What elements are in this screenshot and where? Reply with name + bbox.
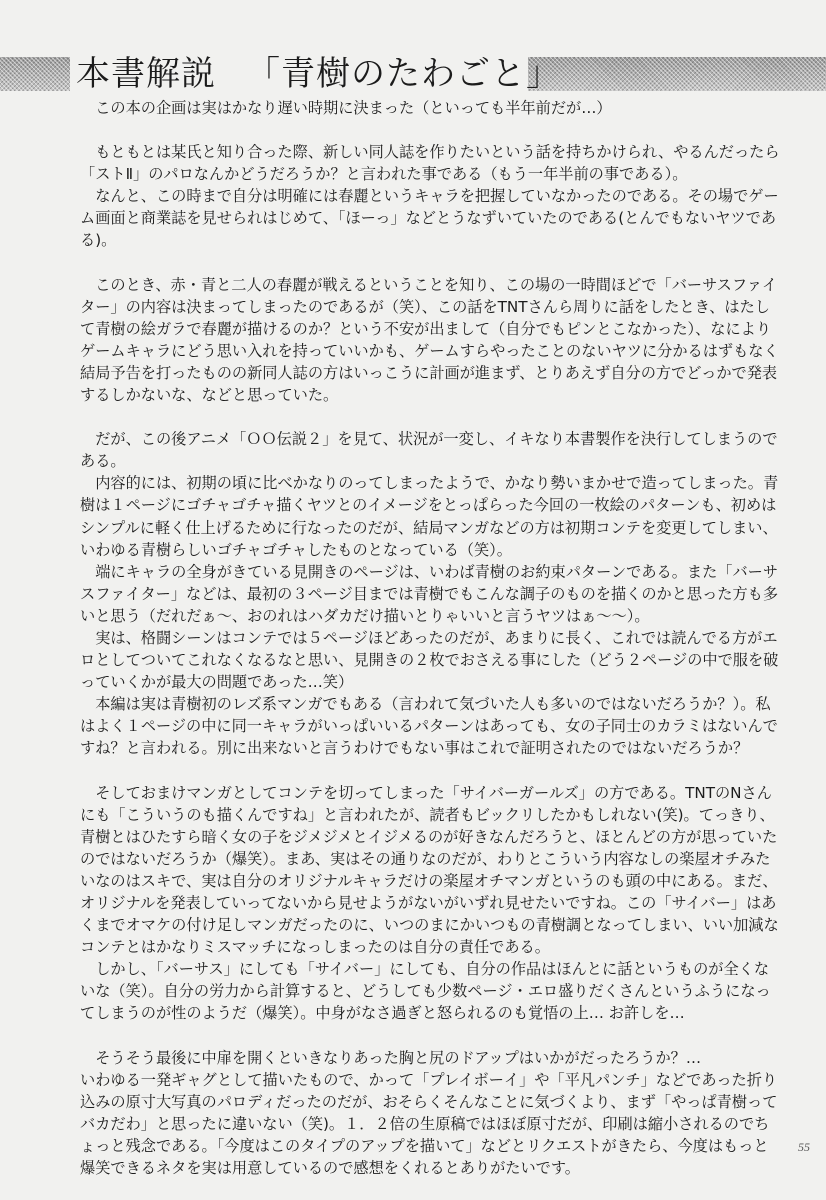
- section-origin: もともとは某氏と知り合った際、新しい同人誌を作りたいという話を持ちかけられ、やる…: [80, 141, 780, 251]
- section-versus-fighter: このとき、赤・青と二人の春麗が戦えるということを知り、この場の一時間ほどで「バー…: [80, 274, 780, 407]
- paragraph: この本の企画は実はかなり遅い時期に決まった（といっても半年前だが…）: [80, 97, 780, 119]
- paragraph: そしておまけマンガとしてコンテを切ってしまった「サイバーガールズ」の方である。T…: [80, 782, 780, 959]
- paragraph: 内容的には、初期の頃に比べかなりのってしまったようで、かなり勢いまかせで造ってし…: [80, 472, 780, 560]
- paragraph: このとき、赤・青と二人の春麗が戦えるということを知り、この場の一時間ほどで「バー…: [80, 274, 780, 407]
- paragraph: 本編は実は青樹初のレズ系マンガでもある（言われて気づいた人も多いのではないだろう…: [80, 693, 780, 759]
- paragraph: もともとは某氏と知り合った際、新しい同人誌を作りたいという話を持ちかけられ、やる…: [80, 141, 780, 185]
- paragraph: 端にキャラの全身がきている見開きのページは、いわば青樹のお約束パターンである。ま…: [80, 561, 780, 627]
- paragraph: 実は、格闘シーンはコンテでは５ページほどあったのだが、あまりに長く、これでは読ん…: [80, 627, 780, 693]
- page-title: 本書解説「青樹のたわごと」: [76, 52, 561, 96]
- header-band-left: [0, 57, 70, 91]
- section-intro: この本の企画は実はかなり遅い時期に決まった（といっても半年前だが…）: [80, 97, 780, 119]
- section-production: だが、この後アニメ「ＯＯ伝説２」を見て、状況が一変し、イキなり本書製作を決行して…: [80, 428, 780, 759]
- header-band-right: [528, 57, 826, 91]
- paragraph: いわゆる一発ギャグとして描いたもので、かって「プレイボーイ」や「平凡パンチ」など…: [80, 1069, 780, 1179]
- article-body: この本の企画は実はかなり遅い時期に決まった（といっても半年前だが…） もともとは…: [80, 97, 780, 1179]
- paragraph: だが、この後アニメ「ＯＯ伝説２」を見て、状況が一変し、イキなり本書製作を決行して…: [80, 428, 780, 472]
- title-main: 本書解説: [76, 54, 216, 94]
- section-closing: そうそう最後に中扉を開くといきなりあった胸と尻のドアップはいかがだったろうか？……: [80, 1047, 780, 1180]
- paragraph: なんと、この時まで自分は明確には春麗というキャラを把握していなかったのである。そ…: [80, 185, 780, 251]
- paragraph: そうそう最後に中扉を開くといきなりあった胸と尻のドアップはいかがだったろうか？…: [80, 1047, 780, 1069]
- paragraph: しかし、「バーサス」にしても「サイバー」にしても、自分の作品はほんとに話というも…: [80, 958, 780, 1024]
- page-number: 55: [798, 1140, 810, 1155]
- section-cyber-girls: そしておまけマンガとしてコンテを切ってしまった「サイバーガールズ」の方である。T…: [80, 782, 780, 1025]
- title-sub: 「青樹のたわごと」: [246, 54, 561, 94]
